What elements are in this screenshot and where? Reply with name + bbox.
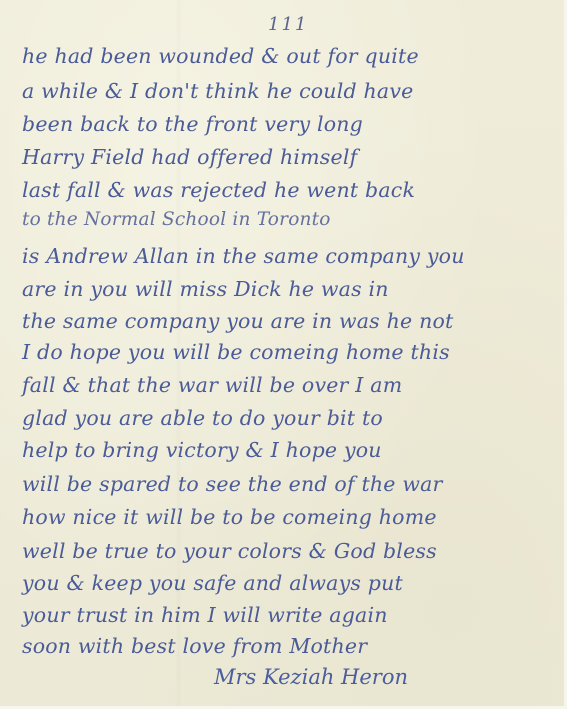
letter-line: to the Normal School in Toronto — [22, 208, 331, 232]
letter-line: are in you will miss Dick he was in — [22, 277, 389, 301]
letter-line: I do hope you will be comeing home this — [22, 340, 450, 364]
letter-line: glad you are able to do your bit to — [22, 406, 383, 430]
letter-line: how nice it will be to be comeing home — [22, 505, 437, 529]
letter-line: a while & I don't think he could have — [22, 79, 413, 103]
letter-line: soon with best love from Mother — [22, 634, 367, 658]
letter-line: he had been wounded & out for quite — [22, 44, 419, 68]
letter-line: last fall & was rejected he went back — [22, 178, 415, 202]
letter-line: been back to the front very long — [22, 112, 363, 136]
letter-line: will be spared to see the end of the war — [22, 472, 443, 496]
signature: Mrs Keziah Heron — [214, 665, 408, 689]
letter-line: you & keep you safe and always put — [22, 571, 403, 595]
letter-line: the same company you are in was he not — [22, 309, 453, 333]
letter-line: well be true to your colors & God bless — [22, 539, 437, 563]
page-number: 111 — [268, 14, 308, 35]
letter-line: fall & that the war will be over I am — [22, 373, 402, 397]
letter-line: Harry Field had offered himself — [22, 145, 357, 169]
letter-line: help to bring victory & I hope you — [22, 438, 382, 462]
letter-page: 111 he had been wounded & out for quite … — [0, 0, 567, 709]
letter-line: your trust in him I will write again — [22, 603, 388, 627]
letter-line: is Andrew Allan in the same company you — [22, 244, 465, 268]
